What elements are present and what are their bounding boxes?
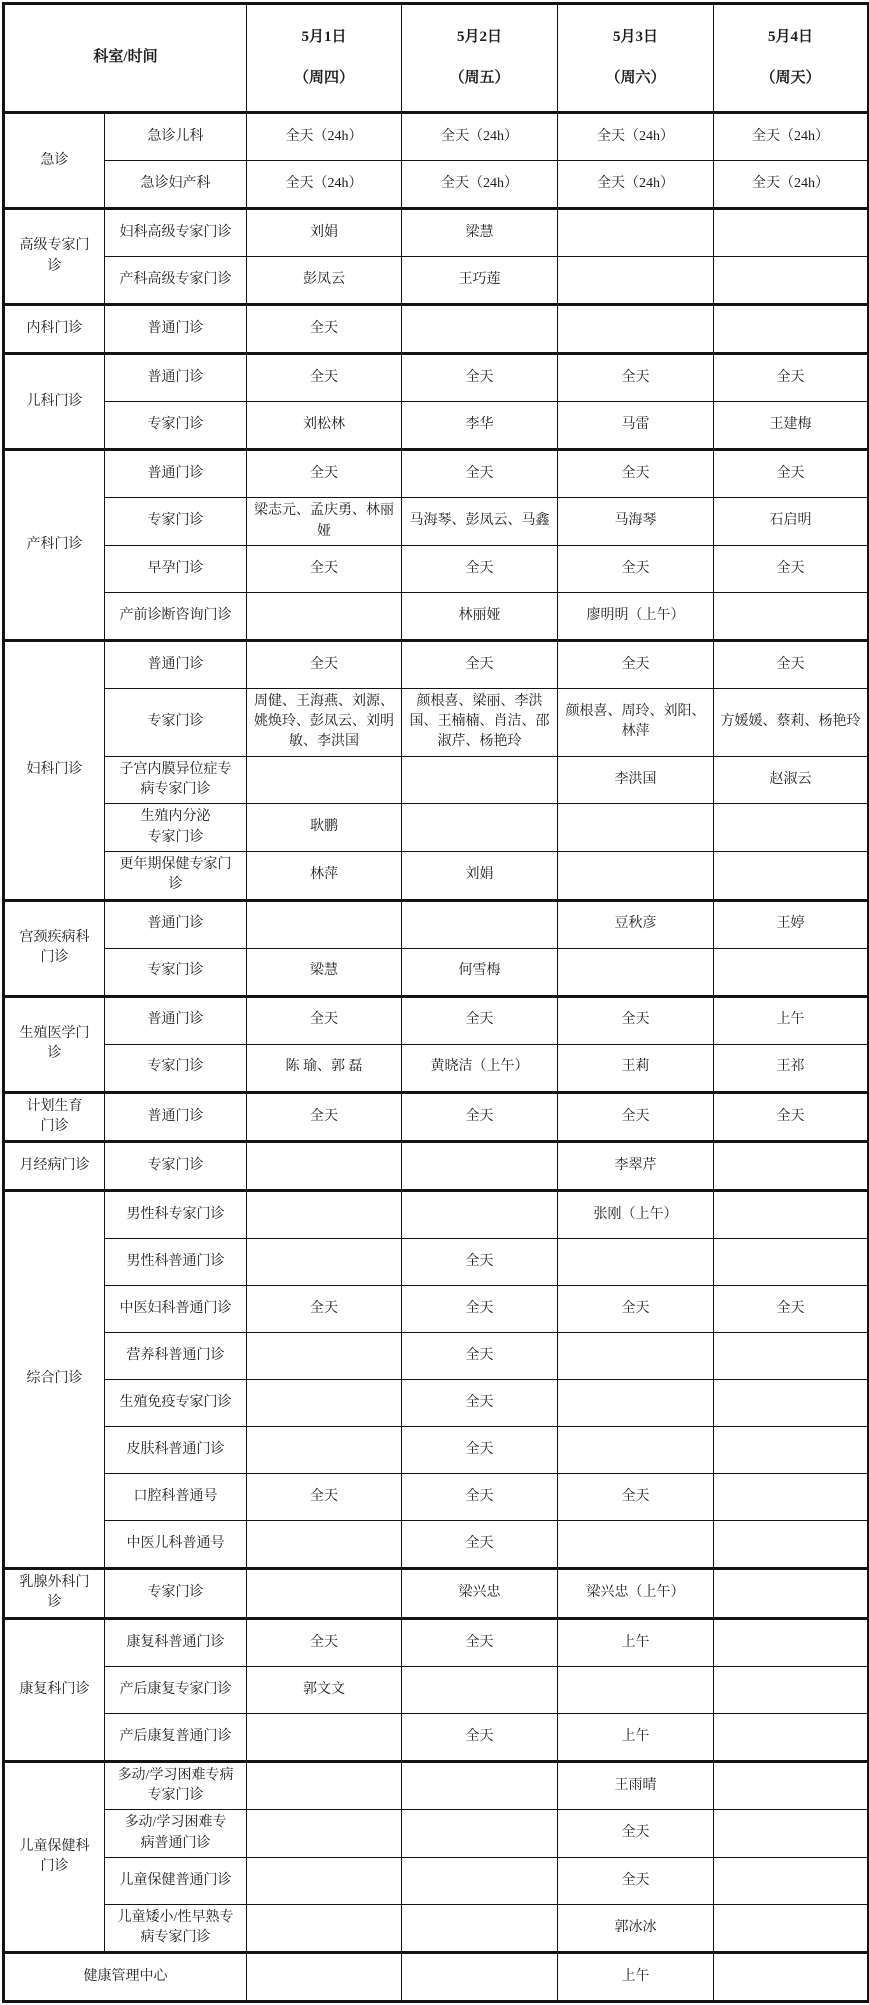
schedule-cell [247,1521,402,1569]
clinic-type-label: 儿童保健普通门诊 [105,1857,247,1904]
clinic-type-label: 早孕门诊 [105,545,247,592]
schedule-cell: 全天 [247,305,402,354]
corner-header: 科室/时间 [4,4,247,113]
schedule-cell: 马海琴、彭凤云、马鑫 [402,498,558,546]
schedule-cell [402,1191,558,1239]
schedule-cell [558,851,714,900]
schedule-cell: 梁慧 [402,209,558,257]
schedule-cell: 王祁 [714,1044,869,1092]
clinic-type-label: 生殖免疫专家门诊 [105,1380,247,1427]
clinic-type-label: 普通门诊 [105,354,247,402]
clinic-type-label: 产前诊断咨询门诊 [105,592,247,640]
schedule-cell: 上午 [558,1713,714,1761]
table-row: 专家门诊梁慧何雪梅 [4,948,869,996]
clinic-type-label: 男性科普通门诊 [105,1239,247,1286]
schedule-cell: 全天 [402,1521,558,1569]
schedule-cell [714,1239,869,1286]
table-row: 妇科门诊普通门诊全天全天全天全天 [4,640,869,688]
schedule-cell [558,1239,714,1286]
date-header-1: 5月1日 （周四） [247,4,402,113]
schedule-cell [558,1333,714,1380]
clinic-type-label: 普通门诊 [105,996,247,1044]
schedule-cell [247,1857,402,1904]
table-row: 产前诊断咨询门诊林丽娅廖明明（上午） [4,592,869,640]
schedule-cell: 李翠芹 [558,1142,714,1191]
table-row: 乳腺外科门 诊专家门诊梁兴忠梁兴忠（上午） [4,1569,869,1619]
schedule-cell [247,1142,402,1191]
date-label: 5月4日 [716,28,865,48]
table-row: 早孕门诊全天全天全天全天 [4,545,869,592]
table-row: 儿科门诊普通门诊全天全天全天全天 [4,354,869,402]
schedule-cell [714,592,869,640]
schedule-cell [402,900,558,948]
schedule-cell: 周健、王海燕、刘源、姚焕玲、彭凤云、刘明敏、李洪国 [247,688,402,756]
schedule-cell [714,1761,869,1810]
schedule-cell: 方媛媛、蔡莉、杨艳玲 [714,688,869,756]
schedule-cell: 李华 [402,402,558,450]
schedule-cell: 陈 瑜、郭 磊 [247,1044,402,1092]
clinic-type-label: 生殖内分泌 专家门诊 [105,804,247,852]
schedule-cell [402,756,558,804]
schedule-cell [714,257,869,305]
schedule-cell [714,1857,869,1904]
schedule-cell [714,1618,869,1666]
schedule-cell: 彭凤云 [247,257,402,305]
schedule-cell [558,1427,714,1474]
schedule-cell: 石启明 [714,498,869,546]
schedule-cell: 全天 [402,1333,558,1380]
schedule-cell: 全天 [247,1092,402,1142]
schedule-cell: 全天（24h） [558,113,714,161]
schedule-cell: 全天 [402,1618,558,1666]
department-group-label: 健康管理中心 [4,1953,247,2002]
schedule-cell: 全天（24h） [558,161,714,209]
department-group-label: 儿童保健科 门诊 [4,1761,105,1953]
clinic-type-label: 专家门诊 [105,1569,247,1619]
schedule-cell: 全天 [247,354,402,402]
clinic-type-label: 更年期保健专家门 诊 [105,851,247,900]
weekday-label: （周天） [716,69,865,89]
schedule-cell: 全天（24h） [402,113,558,161]
schedule-cell: 全天 [714,640,869,688]
schedule-cell: 梁兴忠 [402,1569,558,1619]
clinic-type-label: 急诊儿科 [105,113,247,161]
schedule-cell [247,1953,402,2002]
clinic-type-label: 专家门诊 [105,948,247,996]
department-group-label: 综合门诊 [4,1191,105,1569]
schedule-cell [558,948,714,996]
schedule-cell: 全天 [247,1618,402,1666]
table-row: 皮肤科普通门诊全天 [4,1427,869,1474]
schedule-cell [558,1380,714,1427]
table-row: 计划生育 门诊普通门诊全天全天全天全天 [4,1092,869,1142]
schedule-cell [714,209,869,257]
schedule-cell: 全天 [402,1286,558,1333]
schedule-cell: 上午 [558,1618,714,1666]
schedule-cell: 全天（24h） [714,161,869,209]
department-group-label: 急诊 [4,113,105,209]
schedule-cell: 全天 [402,545,558,592]
schedule-cell: 豆秋彦 [558,900,714,948]
clinic-type-label: 儿童矮小/性早熟专 病专家门诊 [105,1904,247,1953]
schedule-cell: 刘娟 [247,209,402,257]
clinic-type-label: 专家门诊 [105,402,247,450]
schedule-cell: 刘娟 [402,851,558,900]
schedule-cell: 王建梅 [714,402,869,450]
date-label: 5月3日 [560,28,711,48]
schedule-cell [714,804,869,852]
schedule-cell: 全天 [714,1092,869,1142]
department-group-label: 高级专家门 诊 [4,209,105,305]
department-group-label: 康复科门诊 [4,1618,105,1761]
schedule-cell [558,1666,714,1713]
schedule-cell [247,1904,402,1953]
schedule-cell: 全天（24h） [402,161,558,209]
schedule-cell [714,1474,869,1521]
clinic-type-label: 产后康复专家门诊 [105,1666,247,1713]
schedule-cell: 梁兴忠（上午） [558,1569,714,1619]
table-row: 生殖免疫专家门诊全天 [4,1380,869,1427]
schedule-cell: 黄晓洁（上午） [402,1044,558,1092]
table-row: 专家门诊周健、王海燕、刘源、姚焕玲、彭凤云、刘明敏、李洪国颜根喜、梁丽、李洪国、… [4,688,869,756]
clinic-type-label: 普通门诊 [105,640,247,688]
date-label: 5月1日 [249,28,399,48]
schedule-cell: 全天 [402,996,558,1044]
table-row: 口腔科普通号全天全天全天 [4,1474,869,1521]
schedule-cell: 全天 [558,450,714,498]
department-group-label: 儿科门诊 [4,354,105,450]
table-row: 产科门诊普通门诊全天全天全天全天 [4,450,869,498]
schedule-cell: 全天 [402,450,558,498]
table-row: 专家门诊刘松林李华马雷王建梅 [4,402,869,450]
schedule-cell: 全天 [558,545,714,592]
clinic-type-label: 普通门诊 [105,305,247,354]
schedule-cell [714,1521,869,1569]
schedule-cell: 全天 [558,1810,714,1858]
schedule-cell [402,1857,558,1904]
table-row: 男性科普通门诊全天 [4,1239,869,1286]
date-header-4: 5月4日 （周天） [714,4,869,113]
date-header-3: 5月3日 （周六） [558,4,714,113]
schedule-cell [714,1380,869,1427]
schedule-cell: 全天 [558,1092,714,1142]
schedule-cell: 郭冰冰 [558,1904,714,1953]
schedule-cell: 全天 [402,1474,558,1521]
schedule-cell: 张刚（上午） [558,1191,714,1239]
schedule-cell [714,851,869,900]
schedule-sheet: 科室/时间 5月1日 （周四） 5月2日 （周五） 5月3日 （周六） 5月4日… [0,0,869,2005]
weekday-label: （周五） [404,69,555,89]
table-row: 产科高级专家门诊彭凤云王巧莲 [4,257,869,305]
schedule-cell [247,1191,402,1239]
department-group-label: 月经病门诊 [4,1142,105,1191]
schedule-cell: 全天 [558,1474,714,1521]
department-group-label: 宫颈疾病科 门诊 [4,900,105,996]
schedule-cell: 马雷 [558,402,714,450]
schedule-cell: 全天 [558,1286,714,1333]
schedule-cell [558,1521,714,1569]
schedule-cell: 郭文文 [247,1666,402,1713]
schedule-cell [714,1427,869,1474]
schedule-cell: 全天 [558,640,714,688]
clinic-type-label: 急诊妇产科 [105,161,247,209]
schedule-cell [402,804,558,852]
schedule-cell: 全天（24h） [247,113,402,161]
clinic-type-label: 妇科高级专家门诊 [105,209,247,257]
clinic-type-label: 普通门诊 [105,450,247,498]
schedule-cell [558,804,714,852]
table-row: 综合门诊男性科专家门诊张刚（上午） [4,1191,869,1239]
table-row: 中医妇科普通门诊全天全天全天全天 [4,1286,869,1333]
schedule-cell [714,1666,869,1713]
schedule-cell: 梁志元、孟庆勇、林丽娅 [247,498,402,546]
clinic-type-label: 中医儿科普通号 [105,1521,247,1569]
schedule-cell: 王莉 [558,1044,714,1092]
schedule-cell [247,1239,402,1286]
schedule-cell: 赵淑云 [714,756,869,804]
table-row: 急诊急诊儿科全天（24h）全天（24h）全天（24h）全天（24h） [4,113,869,161]
table-row: 康复科门诊康复科普通门诊全天全天上午 [4,1618,869,1666]
schedule-cell [714,1810,869,1858]
schedule-cell [247,1761,402,1810]
clinic-type-label: 中医妇科普通门诊 [105,1286,247,1333]
schedule-cell [558,209,714,257]
schedule-cell: 全天 [247,1286,402,1333]
schedule-cell: 全天 [402,1380,558,1427]
schedule-cell [714,1569,869,1619]
schedule-cell: 廖明明（上午） [558,592,714,640]
schedule-cell [402,1761,558,1810]
schedule-cell: 全天 [402,1092,558,1142]
weekday-label: （周六） [560,69,711,89]
schedule-cell [714,305,869,354]
table-row: 产后康复专家门诊郭文文 [4,1666,869,1713]
clinic-type-label: 多动/学习困难专 病普通门诊 [105,1810,247,1858]
schedule-cell: 全天 [714,1286,869,1333]
weekday-label: （周四） [249,69,399,89]
schedule-cell [247,1427,402,1474]
schedule-cell: 全天 [714,450,869,498]
department-group-label: 妇科门诊 [4,640,105,900]
schedule-cell [247,756,402,804]
schedule-cell: 全天 [558,996,714,1044]
schedule-cell [247,1380,402,1427]
schedule-cell [247,592,402,640]
schedule-cell [247,1333,402,1380]
schedule-cell [247,1569,402,1619]
schedule-cell [714,1191,869,1239]
table-row: 产后康复普通门诊全天上午 [4,1713,869,1761]
clinic-type-label: 男性科专家门诊 [105,1191,247,1239]
clinic-type-label: 营养科普通门诊 [105,1333,247,1380]
clinic-type-label: 普通门诊 [105,1092,247,1142]
department-group-label: 乳腺外科门 诊 [4,1569,105,1619]
schedule-cell: 李洪国 [558,756,714,804]
schedule-cell [402,1953,558,2002]
schedule-cell: 全天 [402,1239,558,1286]
schedule-cell: 林萍 [247,851,402,900]
schedule-cell [402,1142,558,1191]
schedule-cell: 上午 [558,1953,714,2002]
schedule-cell: 耿鹏 [247,804,402,852]
schedule-cell [714,1953,869,2002]
schedule-cell [402,1810,558,1858]
clinic-type-label: 多动/学习困难专病 专家门诊 [105,1761,247,1810]
clinic-type-label: 产科高级专家门诊 [105,257,247,305]
schedule-cell: 梁慧 [247,948,402,996]
schedule-cell: 颜根喜、周玲、刘阳、林萍 [558,688,714,756]
table-row: 生殖医学门 诊普通门诊全天全天全天上午 [4,996,869,1044]
schedule-cell [247,900,402,948]
schedule-cell: 全天 [402,640,558,688]
schedule-cell: 全天（24h） [714,113,869,161]
clinic-type-label: 专家门诊 [105,688,247,756]
table-row: 健康管理中心上午 [4,1953,869,2002]
table-row: 专家门诊梁志元、孟庆勇、林丽娅马海琴、彭凤云、马鑫马海琴石启明 [4,498,869,546]
department-group-label: 内科门诊 [4,305,105,354]
clinic-type-label: 康复科普通门诊 [105,1618,247,1666]
schedule-table: 科室/时间 5月1日 （周四） 5月2日 （周五） 5月3日 （周六） 5月4日… [2,2,869,2003]
table-row: 专家门诊陈 瑜、郭 磊黄晓洁（上午）王莉王祁 [4,1044,869,1092]
schedule-cell: 何雪梅 [402,948,558,996]
schedule-cell [558,305,714,354]
table-row: 更年期保健专家门 诊林萍刘娟 [4,851,869,900]
table-row: 营养科普通门诊全天 [4,1333,869,1380]
schedule-cell: 全天 [247,450,402,498]
schedule-cell: 王雨晴 [558,1761,714,1810]
schedule-cell [247,1810,402,1858]
table-row: 宫颈疾病科 门诊普通门诊豆秋彦王婷 [4,900,869,948]
header-row: 科室/时间 5月1日 （周四） 5月2日 （周五） 5月3日 （周六） 5月4日… [4,4,869,113]
schedule-cell: 林丽娅 [402,592,558,640]
table-row: 生殖内分泌 专家门诊耿鹏 [4,804,869,852]
schedule-cell [714,1333,869,1380]
schedule-cell [558,257,714,305]
table-row: 多动/学习困难专 病普通门诊全天 [4,1810,869,1858]
table-row: 高级专家门 诊妇科高级专家门诊刘娟梁慧 [4,209,869,257]
clinic-type-label: 口腔科普通号 [105,1474,247,1521]
schedule-cell: 王巧莲 [402,257,558,305]
schedule-cell: 上午 [714,996,869,1044]
schedule-cell [402,1904,558,1953]
schedule-cell: 王婷 [714,900,869,948]
clinic-type-label: 子宫内膜异位症专 病专家门诊 [105,756,247,804]
schedule-cell: 全天 [714,545,869,592]
schedule-cell: 全天 [247,545,402,592]
table-row: 内科门诊普通门诊全天 [4,305,869,354]
table-row: 中医儿科普通号全天 [4,1521,869,1569]
schedule-cell: 全天 [402,1427,558,1474]
schedule-cell: 全天 [714,354,869,402]
schedule-cell [402,1666,558,1713]
schedule-cell [714,1142,869,1191]
schedule-cell [714,948,869,996]
table-row: 急诊妇产科全天（24h）全天（24h）全天（24h）全天（24h） [4,161,869,209]
schedule-cell: 马海琴 [558,498,714,546]
clinic-type-label: 专家门诊 [105,1142,247,1191]
department-group-label: 产科门诊 [4,450,105,641]
table-row: 儿童保健科 门诊多动/学习困难专病 专家门诊王雨晴 [4,1761,869,1810]
schedule-cell: 全天 [402,354,558,402]
schedule-cell [402,305,558,354]
schedule-cell [714,1904,869,1953]
date-header-2: 5月2日 （周五） [402,4,558,113]
schedule-cell: 全天 [558,354,714,402]
date-label: 5月2日 [404,28,555,48]
schedule-cell: 颜根喜、梁丽、李洪国、王楠楠、肖洁、邵淑芹、杨艳玲 [402,688,558,756]
clinic-type-label: 产后康复普通门诊 [105,1713,247,1761]
schedule-body: 急诊急诊儿科全天（24h）全天（24h）全天（24h）全天（24h）急诊妇产科全… [4,113,869,2002]
schedule-cell: 全天（24h） [247,161,402,209]
schedule-cell [714,1713,869,1761]
schedule-cell: 刘松林 [247,402,402,450]
table-row: 儿童保健普通门诊全天 [4,1857,869,1904]
schedule-cell: 全天 [558,1857,714,1904]
clinic-type-label: 专家门诊 [105,1044,247,1092]
department-group-label: 生殖医学门 诊 [4,996,105,1092]
department-group-label: 计划生育 门诊 [4,1092,105,1142]
clinic-type-label: 专家门诊 [105,498,247,546]
schedule-cell [247,1713,402,1761]
table-row: 子宫内膜异位症专 病专家门诊李洪国赵淑云 [4,756,869,804]
table-row: 月经病门诊专家门诊李翠芹 [4,1142,869,1191]
schedule-cell: 全天 [402,1713,558,1761]
schedule-cell: 全天 [247,640,402,688]
clinic-type-label: 普通门诊 [105,900,247,948]
clinic-type-label: 皮肤科普通门诊 [105,1427,247,1474]
schedule-cell: 全天 [247,1474,402,1521]
schedule-cell: 全天 [247,996,402,1044]
table-row: 儿童矮小/性早熟专 病专家门诊郭冰冰 [4,1904,869,1953]
